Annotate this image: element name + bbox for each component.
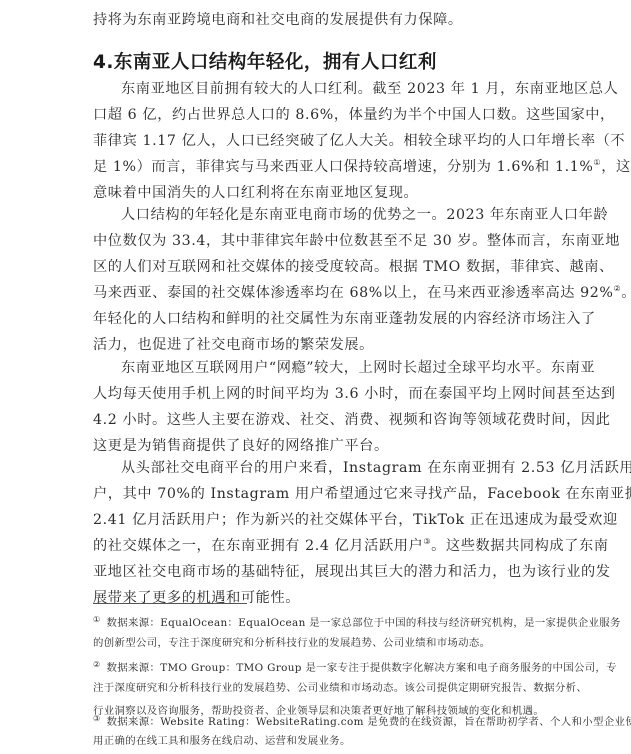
footnote-mark: ① xyxy=(93,615,101,624)
text-span: 数据来源：Website Rating：WebsiteRating.com 是免… xyxy=(107,716,631,728)
text-line: 中位数仅为 33.4，其中菲律宾年龄中位数甚至不足 30 岁。整体而言，东南亚地 xyxy=(93,231,620,251)
text-line: 东南亚地区互联网用户“网瘾”较大，上网时长超过全球平均水平。东南亚 xyxy=(121,358,595,378)
footnote-ref-3[interactable]: ③ xyxy=(423,537,431,546)
text-span: ，这 xyxy=(601,159,631,175)
text-line: 的社交媒体之一，在东南亚拥有 2.4 亿月活跃用户③。这些数据共同构成了东南 xyxy=(93,536,609,556)
footnote-mark: ② xyxy=(93,660,101,669)
text-span: 。这些数据共同构成了东南 xyxy=(431,538,608,554)
text-span: 的社交媒体之一，在东南亚拥有 2.4 亿月活跃用户 xyxy=(93,538,423,554)
text-line: 人均每天使用手机上网的时间平均为 3.6 小时，而在泰国平均上网时间甚至达到 xyxy=(93,384,616,404)
text-line: 展带来了更多的机遇和可能性。 xyxy=(93,588,300,608)
text-span: 数据来源：EqualOcean：EqualOcean 是一家总部位于中国的科技与… xyxy=(107,617,621,629)
text-line: 这更是为销售商提供了良好的网络推广平台。 xyxy=(93,436,389,456)
text-line: 菲律宾 1.17 亿人，人口已经突破了亿人大关。相较全球平均的人口年增长率（不 xyxy=(93,131,625,151)
text-span: 足 1%）而言，菲律宾与马来西亚人口保持较高增速，分别为 1.6%和 1.1% xyxy=(93,159,593,175)
footnote-line: ②数据来源：TMO Group：TMO Group 是一家专注于提供数字化解决方… xyxy=(93,657,617,673)
footnote-mark: ③ xyxy=(93,714,101,723)
text-line: 年轻化的人口结构和鲜明的社交属性为东南亚蓬勃发展的内容经济市场注入了 xyxy=(93,309,596,329)
footnote-line: 注于深度研究和分析科技行业的发展趋势、公司业绩和市场动态。该公司提供定期研究报告… xyxy=(93,680,587,696)
text-line: 东南亚地区目前拥有较大的人口红利。截至 2023 年 1 月，东南亚地区总人 xyxy=(121,79,618,99)
text-line: 足 1%）而言，菲律宾与马来西亚人口保持较高增速，分别为 1.6%和 1.1%①… xyxy=(93,157,631,177)
section-heading: 4.东南亚人口结构年轻化，拥有人口红利 xyxy=(93,48,437,74)
text-line: 4.2 小时。这些人主要在游戏、社交、消费、视频和咨询等领域花费时间，因此 xyxy=(93,410,610,430)
footnote-divider xyxy=(93,603,247,604)
text-line: 口超 6 亿，约占世界总人口的 8.6%，体量约为半个中国人口数。这些国家中， xyxy=(93,105,615,125)
text-span: 数据来源：TMO Group：TMO Group 是一家专注于提供数字化解决方案… xyxy=(107,662,617,674)
footnote-line: ①数据来源：EqualOcean：EqualOcean 是一家总部位于中国的科技… xyxy=(93,612,621,628)
document-page: 持将为东南亚跨境电商和社交电商的发展提供有力保障。 4.东南亚人口结构年轻化，拥… xyxy=(0,0,631,754)
text-line: 人口结构的年轻化是东南亚电商市场的优势之一。2023 年东南亚人口年龄 xyxy=(121,205,608,225)
text-line: 2.41 亿月活跃用户；作为新兴的社交媒体平台，TikTok 正在迅速成为最受欢… xyxy=(93,510,618,530)
text-line: 活力，也促进了社交电商市场的繁荣发展。 xyxy=(93,335,374,355)
text-line: 意味着中国消失的人口红利将在东南亚地区复现。 xyxy=(93,183,418,203)
text-line: 亚地区社交电商市场的基础特征，展现出其巨大的潜力和活力，也为该行业的发 xyxy=(93,562,611,582)
text-line: 持将为东南亚跨境电商和社交电商的发展提供有力保障。 xyxy=(93,10,463,30)
footnote-line: ③数据来源：Website Rating：WebsiteRating.com 是… xyxy=(93,711,631,727)
footnote-line: 的创新型公司，专注于深度研究和分析科技行业的发展趋势、公司业绩和市场动态。 xyxy=(93,635,490,651)
text-line: 从头部社交电商平台的用户来看，Instagram 在东南亚拥有 2.53 亿月活… xyxy=(121,458,631,478)
text-line: 区的人们对互联网和社交媒体的接受度较高。根据 TMO 数据，菲律宾、越南、 xyxy=(93,257,614,277)
text-line: 马来西亚、泰国的社交媒体渗透率均在 68%以上，在马来西亚渗透率高达 92%②。 xyxy=(93,283,631,303)
text-span: 马来西亚、泰国的社交媒体渗透率均在 68%以上，在马来西亚渗透率高达 92% xyxy=(93,285,614,301)
text-span: 。 xyxy=(621,285,631,301)
footnote-line: 用正确的在线工具和服务在线启动、运营和发展业务。 xyxy=(93,733,351,749)
text-line: 户，其中 70%的 Instagram 用户希望通过它来寻找产品，Faceboo… xyxy=(93,484,631,504)
